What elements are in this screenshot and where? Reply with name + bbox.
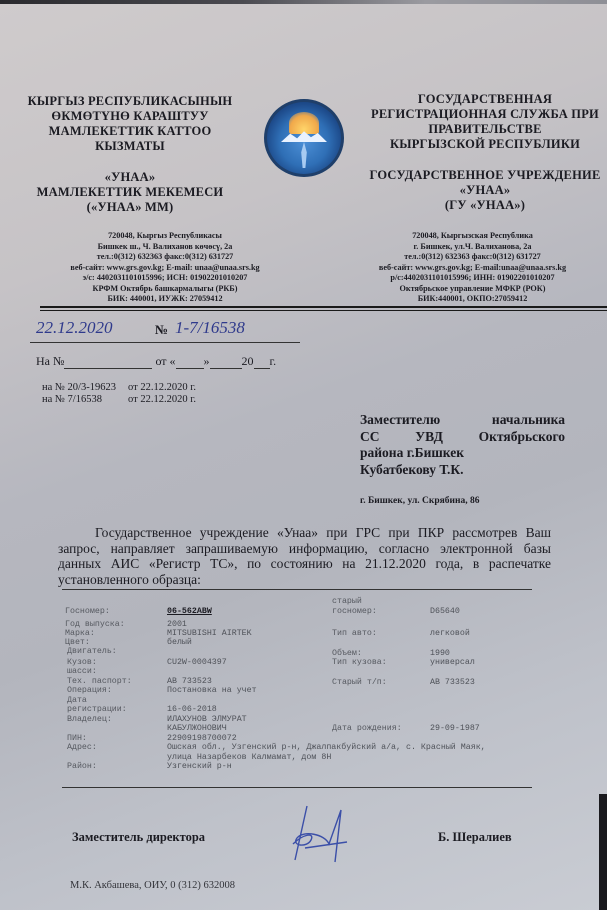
address-line: КРФМ Октябрь башкармалыгы (РКБ) — [45, 284, 285, 295]
field-label: Адрес: — [67, 743, 97, 753]
field-value: 16-06-2018 — [167, 705, 217, 715]
field-value: Постановка на учет — [167, 686, 257, 696]
field-label: Двигатель: — [67, 647, 117, 657]
document-sheet: КЫРГЫЗ РЕСПУБЛИКАСЫНЫН ӨКМӨТҮНӨ КАРАШТУУ… — [0, 4, 607, 910]
header-line: ПРАВИТЕЛЬСТВЕ — [350, 122, 607, 137]
header-line: КЫРГЫЗ РЕСПУБЛИКАСЫНЫН — [10, 94, 250, 109]
address-line: Бишкек ш., Ч. Валиханов көчөсү, 2а — [45, 242, 285, 253]
header-left-org: КЫРГЫЗ РЕСПУБЛИКАСЫНЫН ӨКМӨТҮНӨ КАРАШТУУ… — [10, 94, 250, 215]
field-label: Операция: — [67, 686, 112, 696]
address-line: БИК:440001, ОКПО:27059412 — [335, 294, 607, 305]
reply-from-label: от « — [155, 354, 175, 368]
vehicle-registry-printout: Госномер:06-562ABWГод выпуска:2001Марка:… — [62, 589, 532, 789]
header-line: РЕГИСТРАЦИОННАЯ СЛУЖБА ПРИ — [350, 107, 607, 122]
reference-item: на № 20/3-19623от 22.12.2020 г. — [42, 382, 196, 394]
header-right-org: ГОСУДАРСТВЕННАЯ РЕГИСТРАЦИОННАЯ СЛУЖБА П… — [350, 92, 607, 213]
header-line: («УНАА» ММ) — [10, 200, 250, 215]
header-divider — [40, 306, 607, 308]
header-line: КЫРГЫЗСКОЙ РЕСПУБЛИКИ — [350, 137, 607, 152]
field-value: 06-562ABW — [167, 607, 212, 617]
header-line: ГОСУДАРСТВЕННАЯ — [350, 92, 607, 107]
reference-item: на № 7/16538от 22.12.2020 г. — [42, 394, 196, 406]
field-label: шасси: — [67, 667, 97, 677]
field-value: Узгенский р-н — [167, 762, 232, 772]
recipient-line: района г.Бишкек — [360, 445, 565, 462]
references: на № 20/3-19623от 22.12.2020 г. на № 7/1… — [42, 382, 196, 406]
field-label: Владелец: — [67, 715, 112, 725]
state-emblem-icon — [264, 99, 344, 177]
year-suffix: г. — [270, 354, 277, 368]
address-line: г. Бишкек, ул.Ч. Валиханова, 2а — [335, 242, 607, 253]
outgoing-number: 1-7/16538 — [175, 318, 245, 338]
header-line: «УНАА» — [350, 183, 607, 198]
recipient-line: Кубатбекову Т.К. — [360, 462, 565, 479]
header-line: (ГУ «УНАА») — [350, 198, 607, 213]
signatory-title: Заместитель директора — [72, 830, 205, 845]
address-line: 720048, Кыргыз Республикасы — [45, 231, 285, 242]
signatory-name: Б. Шералиев — [438, 830, 512, 845]
address-block-right: 720048, Кыргызская Республика г. Бишкек,… — [335, 231, 607, 305]
field-label: Дата рождения: — [332, 724, 402, 734]
field-label: госномер: — [332, 607, 377, 617]
recipient-block: Заместителю начальника СС УВД Октябрьско… — [360, 412, 565, 478]
field-value: D65640 — [430, 607, 460, 617]
address-line: веб-сайт: www.grs.gov.kg; E-mail:unaa@un… — [335, 263, 607, 274]
number-label: № — [155, 322, 168, 338]
header-line: МАМЛЕКЕТТИК КАТТОО — [10, 124, 250, 139]
recipient-line: СС УВД Октябрьского — [360, 429, 565, 446]
header-line: ӨКМӨТҮНӨ КАРАШТУУ — [10, 109, 250, 124]
address-line: тел.:0(312) 632363 факс:0(312) 631727 — [45, 252, 285, 263]
outgoing-date: 22.12.2020 — [36, 318, 113, 338]
field-label: Тип авто: — [332, 629, 377, 639]
address-line: веб-сайт: www.grs.gov.kg; E-mail: unaa@u… — [45, 263, 285, 274]
recipient-address: г. Бишкек, ул. Скрябина, 86 — [360, 496, 480, 506]
header-line: ГОСУДАРСТВЕННОЕ УЧРЕЖДЕНИЕ — [350, 168, 607, 183]
recipient-line: Заместителю начальника — [360, 412, 565, 429]
address-line: БИК: 440001, ИУЖК: 27059412 — [45, 294, 285, 305]
field-label: Старый т/п: — [332, 678, 387, 688]
field-label: Госномер: — [65, 607, 110, 617]
signature-icon — [285, 804, 365, 866]
field-value: легковой — [430, 629, 470, 639]
header-divider-thin — [40, 310, 607, 311]
field-label: Район: — [67, 762, 97, 772]
year-prefix: 20 — [242, 354, 254, 368]
field-label: старый — [332, 597, 362, 607]
field-label: регистрации: — [67, 705, 127, 715]
header-line: «УНАА» — [10, 170, 250, 185]
address-line: э/с: 4402031101015996; ИСН: 019022010102… — [45, 273, 285, 284]
field-value: универсал — [430, 658, 475, 668]
address-line: 720048, Кыргызская Республика — [335, 231, 607, 242]
address-line: р/с:4402031101015996; ИНН: 0190220101020… — [335, 273, 607, 284]
letter-body: Государственное учреждение «Унаа» при ГР… — [58, 525, 551, 587]
field-value: КАБУЛЖОНОВИЧ — [167, 724, 227, 734]
field-label: Тип кузова: — [332, 658, 387, 668]
executor-info: М.К. Акбашева, ОИУ, 0 (312) 632008 — [70, 880, 235, 891]
field-value: AB 733523 — [430, 678, 475, 688]
field-value: 29-09-1987 — [430, 724, 480, 734]
field-value: Ошская обл., Узгенский р-н, Джалпакбуйск… — [167, 743, 486, 753]
body-paragraph: Государственное учреждение «Унаа» при ГР… — [58, 525, 551, 587]
reply-to-label: На № — [36, 354, 64, 368]
header-line: КЫЗМАТЫ — [10, 139, 250, 154]
reply-to-row: На № от «»20г. — [36, 354, 276, 369]
address-line: тел.:0(312) 632363 факс:0(312) 631727 — [335, 252, 607, 263]
field-value: белый — [167, 638, 192, 648]
address-block-left: 720048, Кыргыз Республикасы Бишкек ш., Ч… — [45, 231, 285, 305]
field-value: CU2W-0004397 — [167, 658, 227, 668]
header-line: МАМЛЕКЕТТИК МЕКЕМЕСИ — [10, 185, 250, 200]
address-line: Октябрьское управление МФКР (РОК) — [335, 284, 607, 295]
